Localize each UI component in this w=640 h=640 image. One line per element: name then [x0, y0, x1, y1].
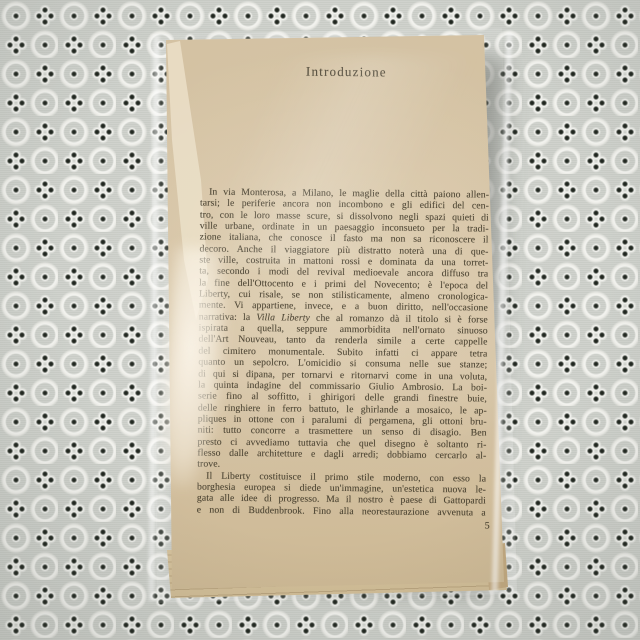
- page-number: 5: [460, 520, 490, 531]
- photo-of-book-on-lace: Introduzione In via Monterosa, a Milano,…: [0, 0, 640, 640]
- page-line: e non di Buddenbrook. Fino alla neoresta…: [197, 504, 486, 518]
- sleeve-glare-diagonal: [205, 55, 485, 265]
